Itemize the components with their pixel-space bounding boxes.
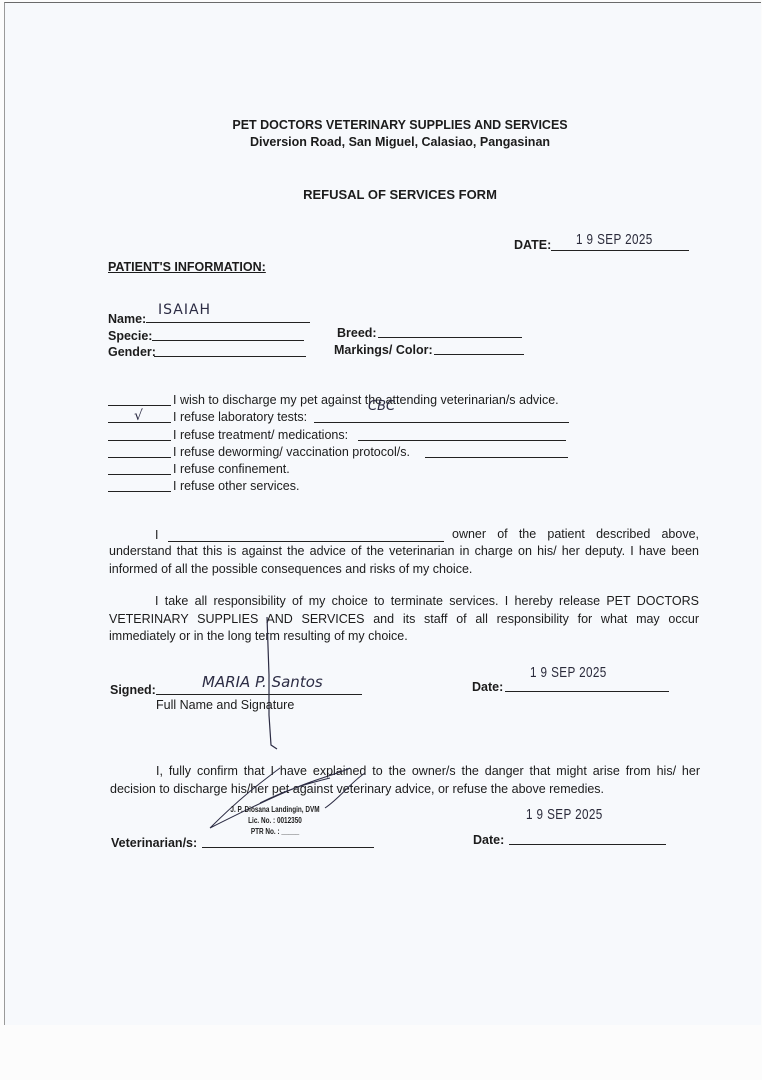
vet-stamp-ptr: PTR No. : _____ (215, 827, 335, 837)
vet-stamp-name: J. P. Diosana Landingin, DVM (215, 805, 335, 815)
vet-confirmation-text: I, fully confirm that I have explained t… (110, 763, 700, 798)
signature-stroke-icon (255, 615, 285, 755)
vet-label: Veterinarian/s: (111, 836, 197, 850)
vet-date-label: Date: (473, 833, 504, 847)
name-line (146, 322, 310, 323)
option-label: I refuse treatment/ medications: (173, 428, 348, 442)
form-page (4, 2, 761, 1025)
signature-caption: Full Name and Signature (156, 698, 294, 712)
option-checkbox[interactable] (108, 491, 171, 492)
business-name: PET DOCTORS VETERINARY SUPPLIES AND SERV… (0, 118, 762, 132)
signed-label: Signed: (110, 683, 156, 697)
vet-date-stamp[interactable]: 1 9 SEP 2025 (526, 806, 603, 823)
business-address: Diversion Road, San Miguel, Calasiao, Pa… (0, 135, 762, 149)
option-checkbox[interactable] (108, 457, 171, 458)
specie-field[interactable] (152, 340, 304, 341)
option-detail-line[interactable] (425, 457, 568, 458)
gender-field[interactable] (154, 356, 306, 357)
owner-date-line (505, 691, 669, 692)
statement1-body: understand that this is against the advi… (109, 543, 699, 578)
vet-stamp-license: Lic. No. : 0012350 (215, 816, 335, 826)
specie-label: Specie: (108, 329, 152, 343)
gender-label: Gender: (108, 345, 156, 359)
option-label: I refuse confinement. (173, 462, 290, 476)
option-checkbox[interactable] (108, 405, 171, 406)
markings-field[interactable] (434, 354, 524, 355)
owner-date-stamp[interactable]: 1 9 SEP 2025 (530, 664, 607, 681)
vet-signature-line[interactable] (202, 847, 374, 848)
option-label: I refuse deworming/ vaccination protocol… (173, 445, 410, 459)
date-stamp[interactable]: 1 9 SEP 2025 (576, 231, 653, 248)
option-detail-value[interactable]: CBC (368, 399, 395, 414)
option-label: I wish to discharge my pet against the a… (173, 393, 559, 407)
statement1-line1: owner of the patient described above, (452, 527, 699, 541)
statement1-prefix: I (155, 528, 158, 542)
patient-info-heading: PATIENT'S INFORMATION: (108, 260, 266, 274)
name-label: Name: (108, 312, 146, 326)
option-detail-line[interactable] (358, 440, 566, 441)
markings-label: Markings/ Color: (334, 343, 433, 357)
option-checkbox[interactable] (108, 474, 171, 475)
statement2-body: I take all responsibility of my choice t… (109, 593, 699, 646)
form-title: REFUSAL OF SERVICES FORM (0, 187, 762, 202)
breed-label: Breed: (337, 326, 377, 340)
name-field[interactable]: ISAIAH (158, 302, 211, 318)
option-checkbox[interactable] (108, 440, 171, 441)
check-mark-icon: √ (134, 408, 143, 424)
vet-date-line (509, 844, 666, 845)
option-label: I refuse other services. (173, 479, 299, 493)
breed-field[interactable] (378, 337, 522, 338)
owner-name-field[interactable] (168, 541, 444, 542)
option-label: I refuse laboratory tests: (173, 410, 307, 424)
option-detail-line[interactable] (314, 422, 569, 423)
owner-date-label: Date: (472, 680, 503, 694)
date-line (551, 250, 689, 251)
date-label: DATE: (514, 238, 551, 252)
